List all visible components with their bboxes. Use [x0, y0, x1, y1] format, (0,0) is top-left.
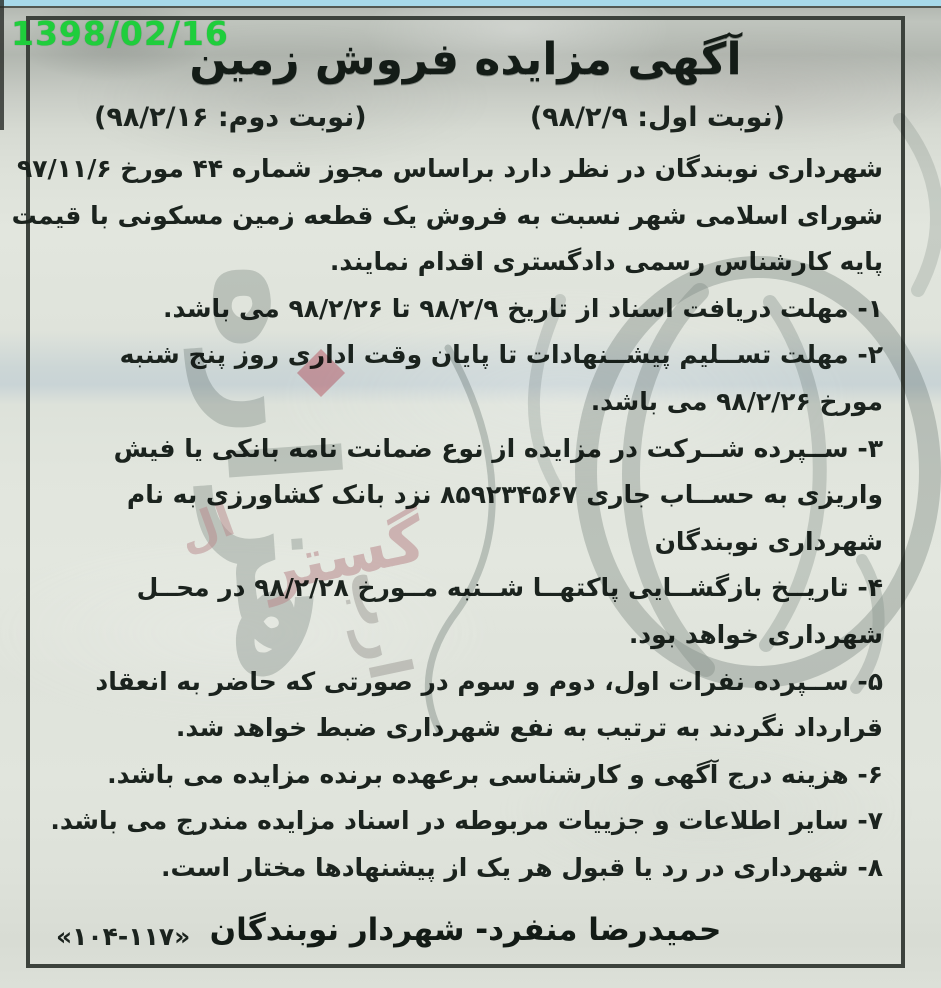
body-line: ۸- شهرداری در رد یا قبول هر یک از پیشنها… [50, 845, 883, 892]
scan-left-edge [0, 0, 4, 130]
body-line: مورخ ۹۸/۲/۲۶ می باشد. [50, 379, 883, 426]
newspaper-column-rule [0, 6, 941, 8]
body-line: شهرداری خواهد بود. [50, 612, 883, 659]
clipping-date-stamp: 1398/02/16 [11, 14, 229, 53]
body-line: واریزی به حســاب جاری ۸۵۹۲۳۴۵۶۷ نزد بانک… [50, 472, 883, 519]
body-line: ۱- مهلت دریافت اسناد از تاریخ ۹۸/۲/۹ تا … [50, 286, 883, 333]
body-line: ۷- سایر اطلاعات و جزییات مربوطه در اسناد… [50, 798, 883, 845]
body-line: ۶- هزینه درج آگهی و کارشناسی برعهده برند… [50, 752, 883, 799]
body-line: ۵- ســپرده نفرات اول، دوم و سوم در صورتی… [50, 659, 883, 706]
body-line: شهرداری نوبندگان [50, 519, 883, 566]
newspaper-scan-page: 1398/02/16 آگهی مزایده فروش زمین (نوبت ا… [0, 0, 941, 988]
archive-code: «۱۰۴-۱۱۷» [56, 922, 190, 951]
body-line: ۲- مهلت تســلیم پیشــنهادات تا پایان وقت… [50, 332, 883, 379]
body-line: قرارداد نگردند به ترتیب به نفع شهرداری ض… [50, 705, 883, 752]
body-line: ۳- ســپرده شــرکت در مزایده از نوع ضمانت… [50, 426, 883, 473]
body-line: شورای اسلامی شهر نسبت به فروش یک قطعه زم… [50, 193, 883, 240]
body-line: پایه کارشناس رسمی دادگستری اقدام نمایند. [50, 239, 883, 286]
ad-body: شهرداری نوبندگان در نظر دارد براساس مجوز… [50, 146, 883, 892]
body-line: شهرداری نوبندگان در نظر دارد براساس مجوز… [50, 146, 883, 193]
round-first-label: (نوبت اول: ۹۸/۲/۹) [530, 102, 785, 133]
publication-rounds: (نوبت اول: ۹۸/۲/۹) (نوبت دوم: ۹۸/۲/۱۶) [26, 102, 905, 133]
body-line: ۴- تاریــخ بازگشــایی پاکتهــا شــنبه مـ… [50, 565, 883, 612]
round-second-label: (نوبت دوم: ۹۸/۲/۱۶) [94, 102, 367, 133]
